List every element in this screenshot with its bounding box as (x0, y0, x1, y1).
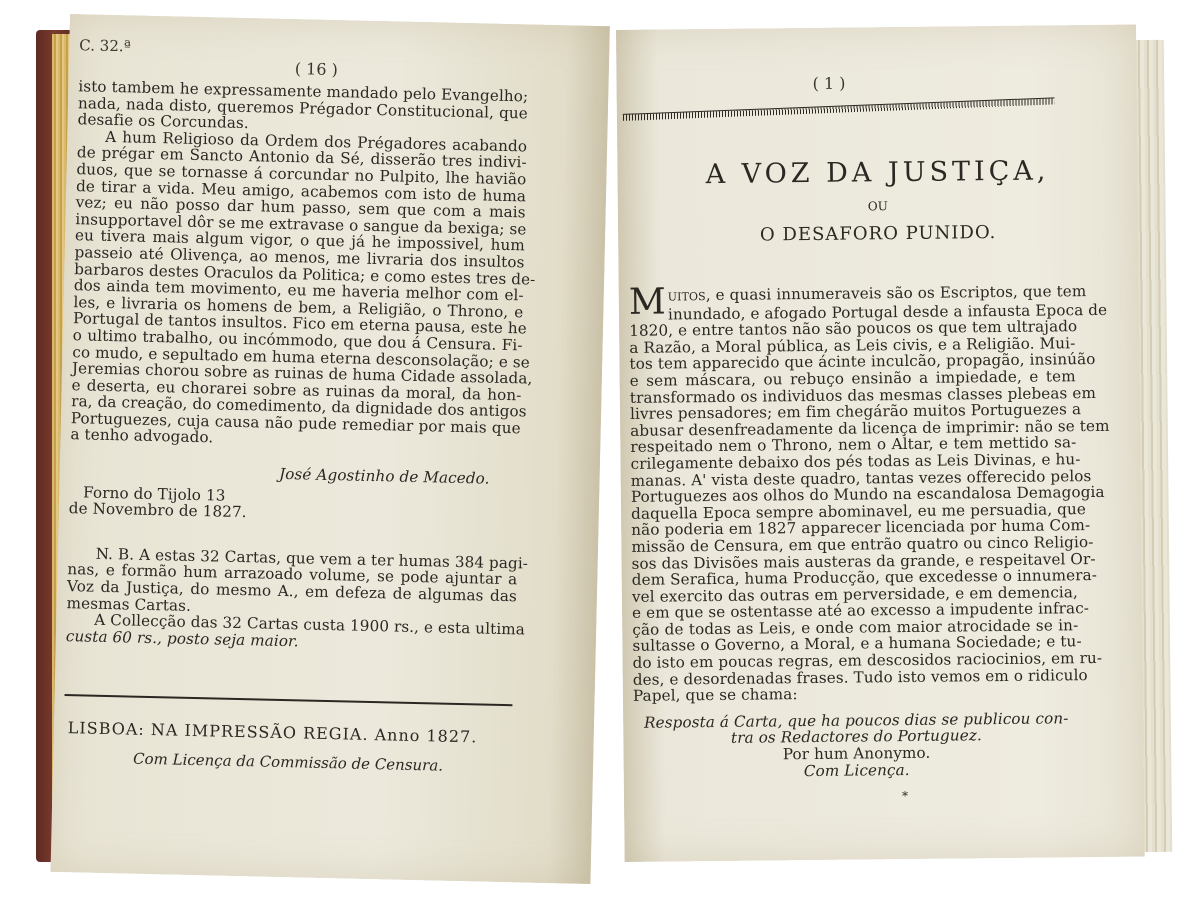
first-word-rest: UITOS (668, 290, 706, 303)
ornamental-wavy-rule (623, 97, 1055, 121)
book-subtitle: O DESAFORO PUNIDO. (618, 221, 1138, 247)
signature-mark: C. 32.ª (79, 36, 131, 55)
censorship-license: Com Licença da Commissão de Censura. (63, 748, 513, 776)
license-right: Com Licença. (634, 760, 1080, 781)
drop-cap: M (629, 287, 666, 317)
imprint-line: LISBOA: NA IMPRESSÃO REGIA. Anno 1827. (68, 718, 518, 747)
page-number-left: ( 16 ) (295, 59, 338, 79)
book-title: A VOZ DA JUSTIÇA, (617, 155, 1137, 191)
title-conjunction: OU (618, 197, 1138, 216)
divider-rule (65, 694, 513, 706)
ornament-asterisk: * (902, 789, 908, 803)
left-body-text: isto tambem he expressamente mandado pel… (66, 78, 529, 654)
left-page: C. 32.ª ( 16 ) isto tambem he expressame… (51, 14, 610, 884)
page-number-right: ( 1 ) (812, 74, 845, 93)
author-signature: José Agostinho de Macedo. (69, 461, 489, 487)
right-body-text: MUITOS, e quasi innumeraveis são os Escr… (629, 283, 1080, 781)
open-book: C. 32.ª ( 16 ) isto tambem he expressame… (0, 0, 1200, 899)
right-page: ( 1 ) A VOZ DA JUSTIÇA, OU O DESAFORO PU… (616, 25, 1145, 862)
